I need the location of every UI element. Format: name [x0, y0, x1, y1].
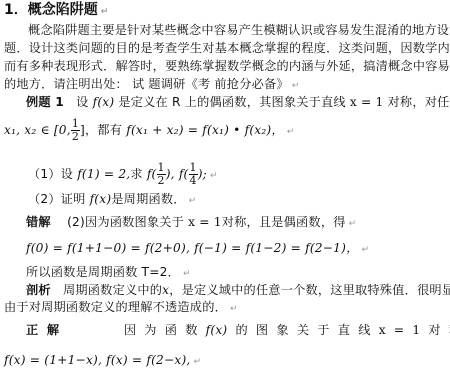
question-1: （1）设 f(1) = 2,求 f(12), f(14);↵	[28, 162, 218, 187]
fraction-one-half: 12	[71, 118, 80, 143]
correct-solution-line-1: 正 解 因 为 函 数 f(x) 的 图 象 关 于 直 线 x = 1 对 称…	[26, 322, 450, 338]
intro-line-3: 而有多种表现形式．解答时，要熟练掌握数学概念的内涵与外延，搞清概念中容易发生混淆	[4, 58, 450, 74]
wrong-solution-line-1: 错解 (2)因为函数图象关于 x = 1对称，且是偶函数，得↵	[26, 214, 356, 232]
intro-line-2: 题．设计这类问题的目的是考查学生对基本概念掌握的程度．这类问题，因数学内容的丰富	[4, 40, 450, 56]
wrong-solution-formula: f(0) = f(1+1−0) = f(2+0), f(−1) = f(1−2)…	[26, 240, 369, 258]
analysis-label: 剖析	[26, 283, 51, 297]
example-label: 例题 1	[26, 95, 64, 109]
wrong-solution-conclusion: 所以函数是周期函数 T=2．↵	[26, 264, 191, 282]
example-line-2: x₁, x₂ ∈ [0,12]，都有 f(x₁ + x₂) = f(x₁) • …	[4, 118, 295, 143]
correct-solution-formula: f(x) = (1+1−x), f(x) = f(2−x),↵	[4, 352, 201, 370]
correct-solution-label: 正 解	[26, 323, 59, 337]
intro-line-4: 的地方．请注明出处： 试 题调研《考 前抢分必备》↵	[4, 76, 300, 94]
example-line-1: 例题 1 设 f(x) 是定义在 R 上的偶函数，其图象关于直线 x = 1 对…	[26, 94, 450, 110]
analysis-line-1: 剖析 周期函数定义中的x，是定义域中的任意一个数，这里取特殊值．很明显，这是	[26, 282, 450, 298]
fraction-one-quarter: 14	[189, 162, 198, 187]
question-2: （2）证明 f(x)是周期函数．↵	[28, 191, 196, 209]
intro-line-1: 概念陷阱题主要是针对某些概念中容易产生模糊认识或容易发生混淆的地方设计的问	[28, 22, 450, 38]
analysis-line-2: 由于对周期函数定义的理解不透造成的．↵	[4, 299, 238, 317]
fraction-one-half: 12	[157, 162, 166, 187]
wrong-solution-label: 错解	[26, 215, 51, 229]
section-title: 1．概念陷阱题↵	[4, 2, 108, 20]
